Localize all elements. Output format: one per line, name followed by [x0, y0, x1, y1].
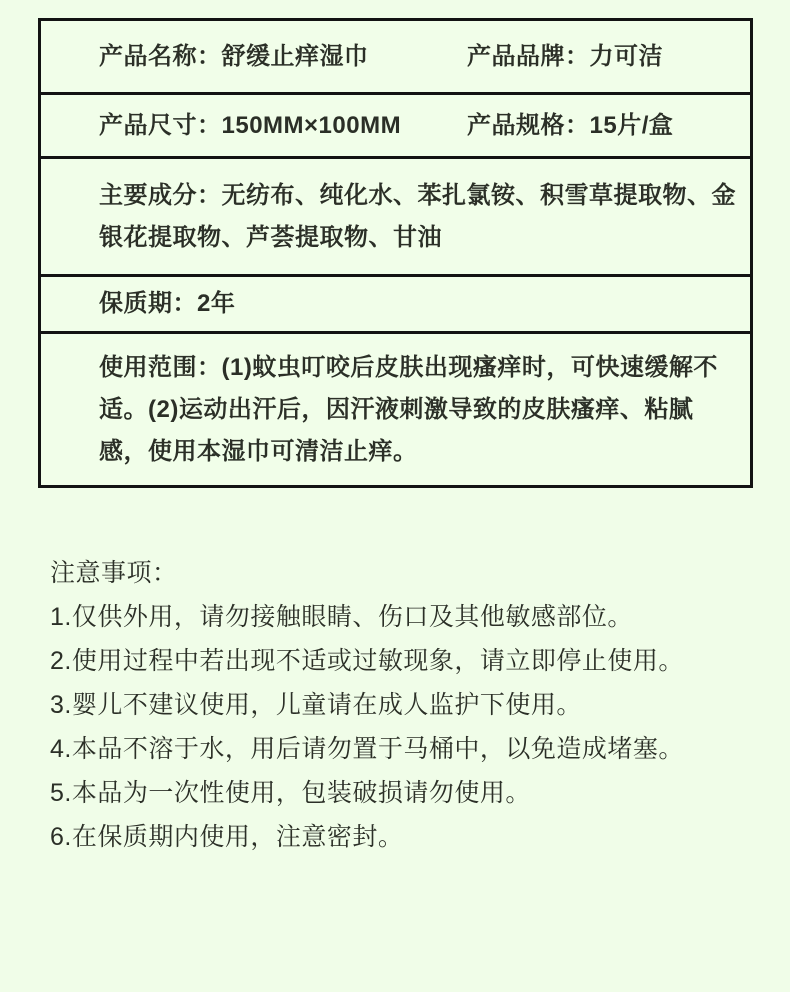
shelf-life-label: 保质期： — [99, 290, 197, 317]
product-spec-label: 产品规格： — [467, 112, 590, 139]
table-row-ingredients: 主要成分：无纺布、纯化水、苯扎氯铵、积雪草提取物、金银花提取物、芦荟提取物、甘油 — [41, 159, 750, 277]
product-size-value: 150MM×100MM — [222, 112, 402, 139]
ingredients-cell: 主要成分：无纺布、纯化水、苯扎氯铵、积雪草提取物、金银花提取物、芦荟提取物、甘油 — [99, 175, 738, 259]
product-spec-table: 产品名称：舒缓止痒湿巾 产品品牌：力可洁 产品尺寸：150MM×100MM 产品… — [38, 18, 753, 488]
product-size-label: 产品尺寸： — [99, 112, 222, 139]
notice-item-3: 3.婴儿不建议使用，儿童请在成人监护下使用。 — [50, 683, 750, 727]
shelf-life-cell: 保质期：2年 — [99, 283, 235, 325]
notice-item-1: 1.仅供外用，请勿接触眼睛、伤口及其他敏感部位。 — [50, 595, 750, 639]
product-brand-value: 力可洁 — [590, 43, 664, 70]
notice-item-4: 4.本品不溶于水，用后请勿置于马桶中，以免造成堵塞。 — [50, 727, 750, 771]
product-brand-cell: 产品品牌：力可洁 — [467, 36, 663, 78]
ingredients-label: 主要成分： — [99, 182, 222, 209]
notice-item-5: 5.本品为一次性使用，包装破损请勿使用。 — [50, 771, 750, 815]
table-row-usage-scope: 使用范围：(1)蚊虫叮咬后皮肤出现瘙痒时，可快速缓解不适。(2)运动出汗后，因汗… — [41, 334, 750, 485]
shelf-life-value: 2年 — [197, 290, 235, 317]
notices-section: 注意事项： 1.仅供外用，请勿接触眼睛、伤口及其他敏感部位。 2.使用过程中若出… — [50, 551, 750, 859]
product-spec-value: 15片/盒 — [590, 112, 674, 139]
usage-scope-label: 使用范围： — [99, 354, 222, 381]
product-name-cell: 产品名称：舒缓止痒湿巾 — [99, 36, 467, 78]
usage-scope-cell: 使用范围：(1)蚊虫叮咬后皮肤出现瘙痒时，可快速缓解不适。(2)运动出汗后，因汗… — [99, 347, 738, 473]
product-brand-label: 产品品牌： — [467, 43, 590, 70]
product-name-value: 舒缓止痒湿巾 — [222, 43, 369, 70]
table-row-name-brand: 产品名称：舒缓止痒湿巾 产品品牌：力可洁 — [41, 21, 750, 95]
product-info-page: { "page": { "background_color": "#f0fde8… — [0, 0, 790, 992]
notice-item-6: 6.在保质期内使用，注意密封。 — [50, 815, 750, 859]
notices-title: 注意事项： — [50, 551, 750, 595]
product-spec-cell: 产品规格：15片/盒 — [467, 105, 673, 147]
product-name-label: 产品名称： — [99, 43, 222, 70]
notice-item-2: 2.使用过程中若出现不适或过敏现象，请立即停止使用。 — [50, 639, 750, 683]
table-row-size-spec: 产品尺寸：150MM×100MM 产品规格：15片/盒 — [41, 95, 750, 159]
product-size-cell: 产品尺寸：150MM×100MM — [99, 105, 467, 147]
table-row-shelf-life: 保质期：2年 — [41, 277, 750, 334]
